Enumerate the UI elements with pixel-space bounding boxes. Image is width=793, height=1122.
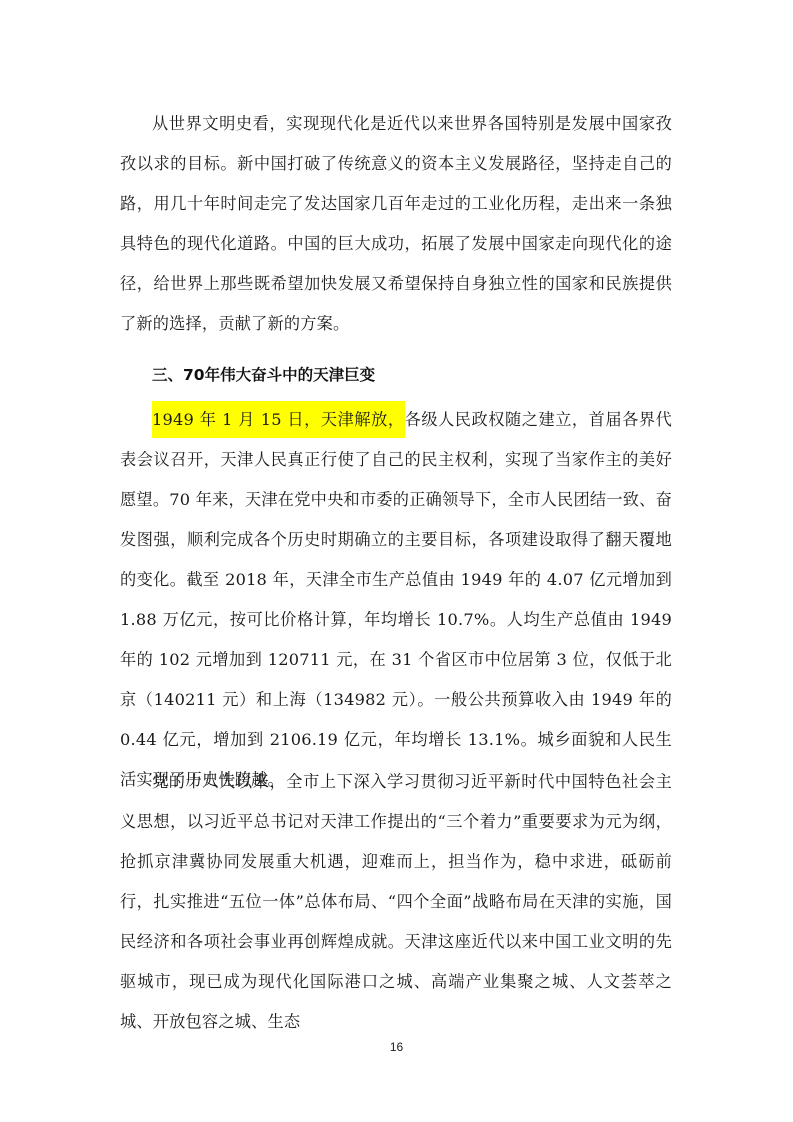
highlighted-text: 1949 年 1 月 15 日，天津解放， (152, 401, 405, 438)
paragraph-world-civilization: 从世界文明史看，实现现代化是近代以来世界各国特别是发展中国家孜孜以求的目标。新中… (120, 104, 672, 344)
paragraph-text: 从世界文明史看，实现现代化是近代以来世界各国特别是发展中国家孜孜以求的目标。新中… (120, 104, 672, 344)
document-page: 从世界文明史看，实现现代化是近代以来世界各国特别是发展中国家孜孜以求的目标。新中… (0, 0, 793, 1122)
paragraph-text: 1949 年 1 月 15 日，天津解放，各级人民政权随之建立，首届各界代表会议… (120, 400, 672, 800)
paragraph-text: 党的十八大以来，全市上下深入学习贯彻习近平新时代中国特色社会主义思想，以习近平总… (120, 762, 672, 1042)
page-number: 16 (0, 1040, 793, 1054)
paragraph-eighteenth-congress: 党的十八大以来，全市上下深入学习贯彻习近平新时代中国特色社会主义思想，以习近平总… (120, 762, 672, 1042)
paragraph-tianjin-liberation: 1949 年 1 月 15 日，天津解放，各级人民政权随之建立，首届各界代表会议… (120, 400, 672, 800)
section-heading: 三、70年伟大奋斗中的天津巨变 (152, 360, 375, 390)
paragraph-text-rest: 各级人民政权随之建立，首届各界代表会议召开，天津人民真正行使了自己的民主权利，实… (120, 410, 672, 789)
